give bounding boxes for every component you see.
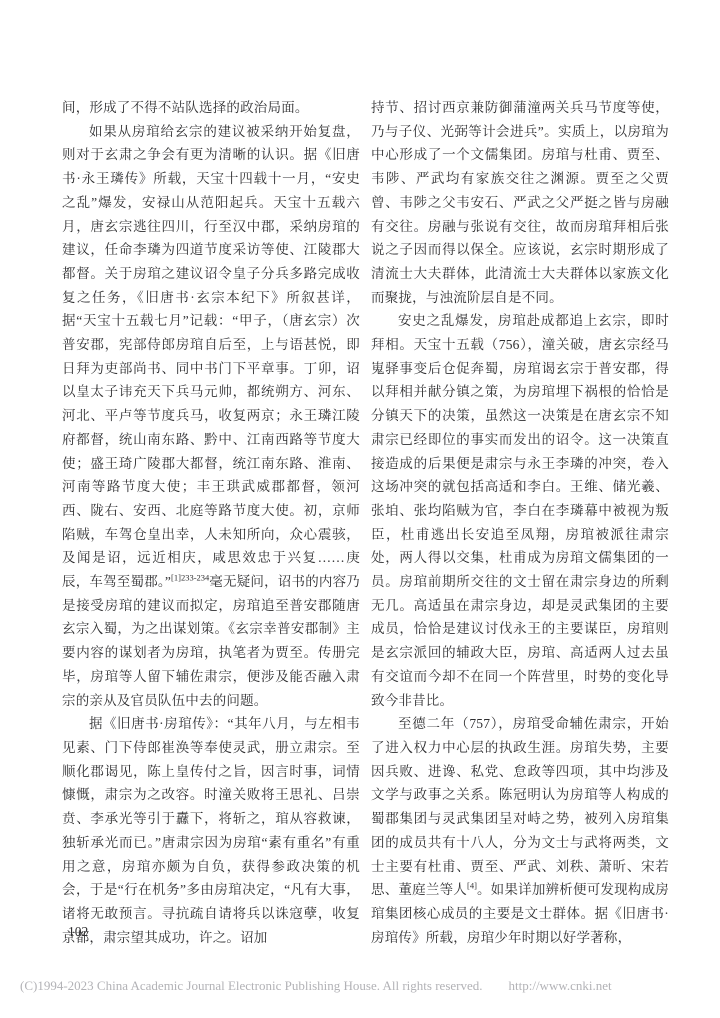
text-run: 持节、招讨西京兼防御蒲潼两关兵马节度等使，乃与子仪、光弼等计会进兵”。实质上，以… bbox=[371, 100, 669, 305]
footer-url[interactable]: http://www.cnki.net bbox=[509, 978, 612, 993]
paragraph: 如果从房琯给玄宗的建议被采纳开始复盘，则对于玄肃之争会有更为清晰的认识。据《旧唐… bbox=[62, 120, 360, 713]
citation-superscript: [1]233-234 bbox=[171, 573, 209, 583]
paragraph: 据《旧唐书·房琯传》：“其年八月，与左相韦见素、门下侍郎崔涣等奉使灵武，册立肃宗… bbox=[62, 712, 360, 949]
paragraph: 持节、招讨西京兼防御蒲潼两关兵马节度等使，乃与子仪、光弼等计会进兵”。实质上，以… bbox=[371, 96, 669, 309]
text-run: 毫无疑问，诏书的内容乃是接受房琯的建议而拟定，房琯追至普安郡随唐玄宗入蜀，为之出… bbox=[62, 574, 360, 708]
text-run: 如果从房琯给玄宗的建议被采纳开始复盘，则对于玄肃之争会有更为清晰的认识。据《旧唐… bbox=[62, 124, 360, 589]
text-run: 间，形成了不得不站队选择的政治局面。 bbox=[62, 100, 309, 115]
citation-superscript: [4] bbox=[467, 881, 477, 891]
text-run: 据《旧唐书·房琯传》：“其年八月，与左相韦见素、门下侍郎崔涣等奉使灵武，册立肃宗… bbox=[62, 716, 360, 944]
journal-page: 间，形成了不得不站队选择的政治局面。如果从房琯给玄宗的建议被采纳开始复盘，则对于… bbox=[0, 0, 720, 1018]
paragraph: 至德二年（757），房琯受命辅佐肃宗，开始了进入权力中心层的执政生涯。房琯失势，… bbox=[371, 712, 669, 949]
footer-copyright: (C)1994-2023 China Academic Journal Elec… bbox=[20, 978, 483, 993]
text-run: 安史之乱爆发，房琯赴成都追上玄宗，即时拜相。天宝十五载（756），潼关破，唐玄宗… bbox=[371, 313, 669, 707]
footer: (C)1994-2023 China Academic Journal Elec… bbox=[20, 978, 710, 994]
paragraph: 安史之乱爆发，房琯赴成都追上玄宗，即时拜相。天宝十五载（756），潼关破，唐玄宗… bbox=[371, 309, 669, 712]
text-column-left: 间，形成了不得不站队选择的政治局面。如果从房琯给玄宗的建议被采纳开始复盘，则对于… bbox=[62, 96, 360, 952]
text-column-right: 持节、招讨西京兼防御蒲潼两关兵马节度等使，乃与子仪、光弼等计会进兵”。实质上，以… bbox=[371, 96, 669, 952]
text-run: 至德二年（757），房琯受命辅佐肃宗，开始了进入权力中心层的执政生涯。房琯失势，… bbox=[371, 716, 669, 897]
page-number: 102 bbox=[68, 924, 88, 940]
paragraph: 间，形成了不得不站队选择的政治局面。 bbox=[62, 96, 360, 120]
